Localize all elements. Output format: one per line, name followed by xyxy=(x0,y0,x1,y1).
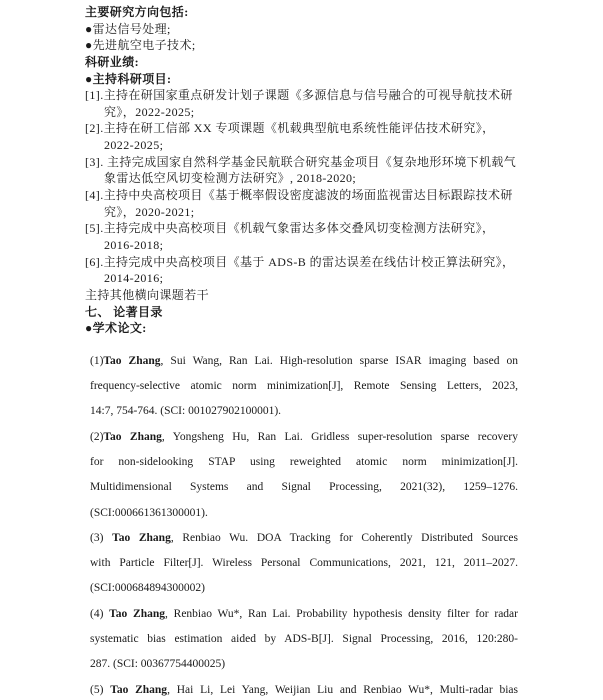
research-direction-bullets: ●雷达信号处理;●先进航空电子技术; xyxy=(85,21,533,54)
research-directions-heading: 主要研究方向包括: xyxy=(85,4,533,21)
publication-text: , Hai Li, Lei Yang, Weijian Liu and Renb… xyxy=(167,684,518,696)
publication-line: with Particle Filter[J]. Wireless Person… xyxy=(90,551,518,576)
academic-papers-subheading: ●学术论文: xyxy=(85,320,533,337)
publication-line: frequency-selective atomic norm minimiza… xyxy=(90,374,518,399)
publication-line: (2)Tao Zhang, Yongsheng Hu, Ran Lai. Gri… xyxy=(90,425,518,450)
publication-line: (5) Tao Zhang, Hai Li, Lei Yang, Weijian… xyxy=(90,678,518,700)
publication-text: , Renbiao Wu. DOA Tracking for Coherentl… xyxy=(171,532,518,544)
document-page: 主要研究方向包括: ●雷达信号处理;●先进航空电子技术; 科研业绩: ●主持科研… xyxy=(0,0,603,700)
author-name-bold: Tao Zhang xyxy=(103,355,160,367)
publication-text: , Sui Wang, Ran Lai. High-resolution spa… xyxy=(161,355,518,367)
publication-line: 14:7, 754-764. (SCI: 001027902100001). xyxy=(90,399,518,424)
research-direction-bullet: ●先进航空电子技术; xyxy=(85,37,533,54)
project-line: [4].主持中央高校项目《基于概率假设密度滤波的场面监视雷达目标跟踪技术研 xyxy=(85,187,533,204)
publication-text: (4) xyxy=(90,608,109,620)
publication-line: (1)Tao Zhang, Sui Wang, Ran Lai. High-re… xyxy=(90,349,518,374)
publication-text: 287. (SCI: 00367754400025) xyxy=(90,658,225,670)
project-line: [2].主持在研工信部 XX 专项课题《机载典型航电系统性能评估技术研究》， xyxy=(85,120,533,137)
project-continuation-line: 2022-2025; xyxy=(85,137,533,154)
publication-line: 287. (SCI: 00367754400025) xyxy=(90,652,518,677)
publication-text: (SCI:000661361300001). xyxy=(90,507,208,519)
research-projects-list: [1].主持在研国家重点研发计划子课题《多源信息与信号融合的可视导航技术研究》，… xyxy=(85,87,533,287)
publication-text: (5) xyxy=(90,684,110,696)
publication-text: with Particle Filter[J]. Wireless Person… xyxy=(90,557,518,569)
publication-line: (SCI:000661361300001). xyxy=(90,501,518,526)
publication-line: (3) Tao Zhang, Renbiao Wu. DOA Tracking … xyxy=(90,526,518,551)
chinese-profile-section: 主要研究方向包括: ●雷达信号处理;●先进航空电子技术; 科研业绩: ●主持科研… xyxy=(85,4,533,337)
publication-text: , Renbiao Wu*, Ran Lai. Probability hypo… xyxy=(165,608,518,620)
project-continuation-line: 究》，2020-2021; xyxy=(85,204,533,221)
project-continuation-line: 象雷达低空风切变检测方法研究》, 2018-2020; xyxy=(85,170,533,187)
project-line: [3]. 主持完成国家自然科学基金民航联合研究基金项目《复杂地形环境下机载气 xyxy=(85,154,533,171)
author-name-bold: Tao Zhang xyxy=(103,431,161,443)
publication-text: (1) xyxy=(90,355,103,367)
publication-line: (4) Tao Zhang, Renbiao Wu*, Ran Lai. Pro… xyxy=(90,602,518,627)
publication-text: systematic bias estimation aided by ADS-… xyxy=(90,633,518,645)
publication-line: (SCI:000684894300002) xyxy=(90,576,518,601)
project-line: [5].主持完成中央高校项目《机载气象雷达多体交叠风切变检测方法研究》， xyxy=(85,220,533,237)
project-continuation-line: 2014-2016; xyxy=(85,270,533,287)
achievements-heading: 科研业绩: xyxy=(85,54,533,71)
catalog-section-heading: 七、 论著目录 xyxy=(85,304,533,321)
research-direction-bullet: ●雷达信号处理; xyxy=(85,21,533,38)
publication-text: for non-sidelooking STAP using reweighte… xyxy=(90,456,518,468)
publication-text: Multidimensional Systems and Signal Proc… xyxy=(90,481,518,493)
project-line: [6].主持完成中央高校项目《基于 ADS-B 的雷达误差在线估计校正算法研究》… xyxy=(85,254,533,271)
author-name-bold: Tao Zhang xyxy=(109,608,165,620)
author-name-bold: Tao Zhang xyxy=(112,532,171,544)
publication-text: (2) xyxy=(90,431,103,443)
publication-text: (SCI:000684894300002) xyxy=(90,582,205,594)
publication-text: (3) xyxy=(90,532,112,544)
publication-text: frequency-selective atomic norm minimiza… xyxy=(90,380,518,392)
publications-section: (1)Tao Zhang, Sui Wang, Ran Lai. High-re… xyxy=(85,349,518,700)
other-projects-footer: 主持其他横向课题若干 xyxy=(85,287,533,304)
publication-line: Multidimensional Systems and Signal Proc… xyxy=(90,475,518,500)
publication-text: 14:7, 754-764. (SCI: 001027902100001). xyxy=(90,405,281,417)
hosted-projects-subheading: ●主持科研项目: xyxy=(85,71,533,88)
project-continuation-line: 2016-2018; xyxy=(85,237,533,254)
publication-line: for non-sidelooking STAP using reweighte… xyxy=(90,450,518,475)
project-line: [1].主持在研国家重点研发计划子课题《多源信息与信号融合的可视导航技术研 xyxy=(85,87,533,104)
author-name-bold: Tao Zhang xyxy=(110,684,167,696)
project-continuation-line: 究》，2022-2025; xyxy=(85,104,533,121)
publication-text: , Yongsheng Hu, Ran Lai. Gridless super-… xyxy=(162,431,518,443)
publication-line: systematic bias estimation aided by ADS-… xyxy=(90,627,518,652)
